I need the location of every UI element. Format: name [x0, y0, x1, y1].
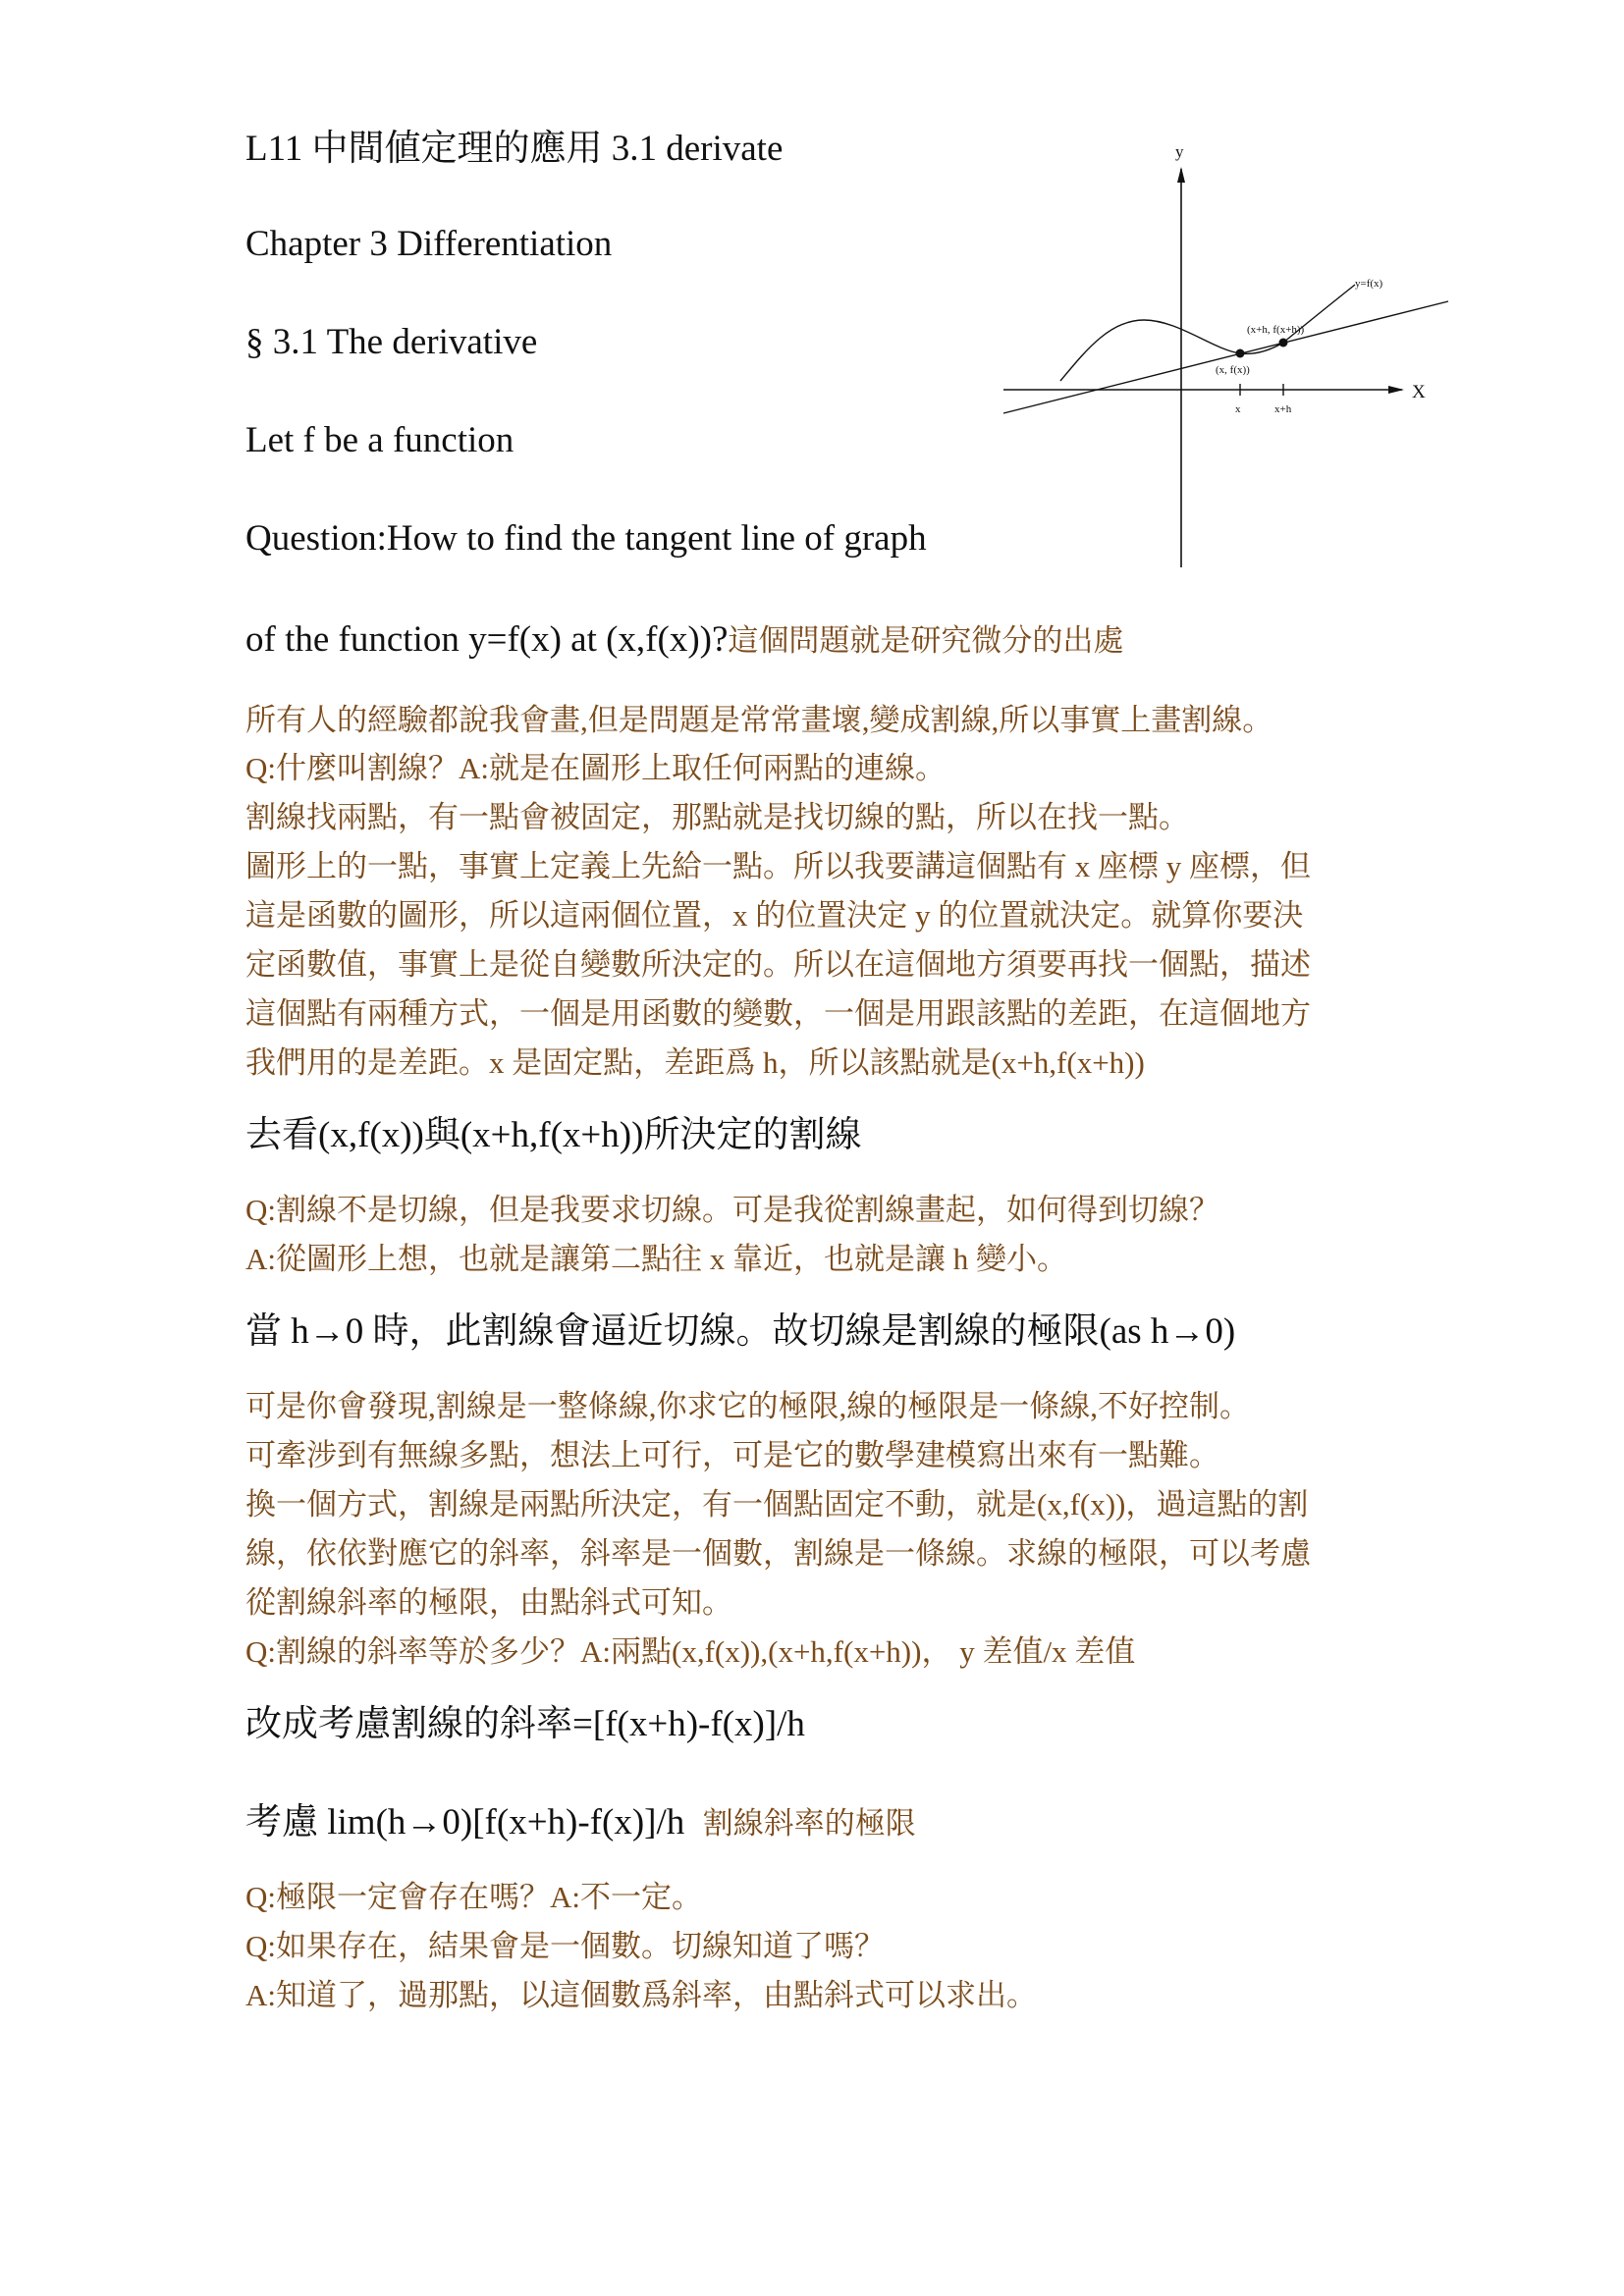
intro-let: Let f be a function	[245, 419, 514, 461]
section-heading: § 3.1 The derivative	[245, 321, 537, 363]
tick-x-label: x	[1235, 403, 1241, 415]
question-line-2: of the function y=f(x) at (x,f(x))?這個問題就…	[245, 615, 1123, 661]
note-line: 這個點有兩種方式，一個是用函數的變數，一個是用跟該點的差距，在這個地方	[245, 988, 1311, 1033]
x-axis-arrow-icon	[1388, 386, 1404, 394]
question-line-2-zh: 這個問題就是研究微分的出處	[728, 623, 1123, 658]
note-line: 這是函數的圖形，所以這兩個位置，x 的位置決定 y 的位置就決定。就算你要決	[245, 890, 1303, 934]
tick-x-plus-h-label: x+h	[1274, 403, 1292, 415]
statement-derivative: 考慮 lim(h→0)[f(x+h)-f(x)]/h 割線斜率的極限	[245, 1791, 916, 1844]
note-line: Q:割線不是切線，但是我要求切線。可是我從割線畫起，如何得到切線？	[245, 1185, 1219, 1229]
x-axis-label: X	[1412, 382, 1426, 402]
note-line: A:從圖形上想，也就是讓第二點往 x 靠近，也就是讓 h 變小。	[245, 1234, 1067, 1278]
point-xh-fxh	[1279, 339, 1288, 347]
note-line: Q:極限一定會存在嗎？A:不一定。	[245, 1872, 702, 1916]
document-title: L11 中間値定理的應用 3.1 derivate	[245, 118, 783, 171]
note-line: 割線找兩點，有一點會被固定，那點就是找切線的點，所以在找一點。	[245, 792, 1189, 836]
secant-line	[1003, 301, 1448, 413]
function-curve	[1060, 285, 1355, 381]
y-axis-arrow-icon	[1177, 167, 1185, 183]
note-line: Q:割線的斜率等於多少？A:兩點(x,f(x)),(x+h,f(x+h))， y…	[245, 1627, 1135, 1671]
chapter-heading: Chapter 3 Differentiation	[245, 223, 612, 265]
note-line: 可牽涉到有無線多點，想法上可行，可是它的數學建模寫出來有一點難。	[245, 1430, 1219, 1474]
y-axis-label: y	[1175, 142, 1184, 161]
note-line: 定函數值，事實上是從自變數所決定的。所以在這個地方須要再找一個點，描述	[245, 939, 1311, 984]
note-line: Q:什麼叫割線？A:就是在圖形上取任何兩點的連線。	[245, 743, 946, 787]
derivative-note: 割線斜率的極限	[703, 1806, 916, 1841]
secant-line-diagram: y X x x+h y=f(x) (x, f(x)) (x+h, f(x+h))	[982, 128, 1473, 579]
statement-limit: 當 h→0 時，此割線會逼近切線。故切線是割線的極限(as h→0)	[245, 1301, 1235, 1354]
note-line: 所有人的經驗都說我會畫,但是問題是常常畫壞,變成割線,所以事實上畫割線。	[245, 695, 1272, 739]
curve-label: y=f(x)	[1355, 278, 1383, 290]
note-line: 從割線斜率的極限，由點斜式可知。	[245, 1577, 732, 1622]
note-line: 圖形上的一點，事實上定義上先給一點。所以我要講這個點有 x 座標 y 座標，但	[245, 841, 1311, 885]
note-line: 我們用的是差距。x 是固定點，差距爲 h，所以該點就是(x+h,f(x+h))	[245, 1038, 1145, 1082]
statement-secant: 去看(x,f(x))與(x+h,f(x+h))所決定的割線	[245, 1104, 861, 1157]
note-line: 可是你會發現,割線是一整條線,你求它的極限,線的極限是一條線,不好控制。	[245, 1381, 1250, 1425]
question-line-1: Question:How to find the tangent line of…	[245, 517, 927, 560]
note-line: Q:如果存在，結果會是一個數。切線知道了嗎？	[245, 1921, 885, 1965]
point-xh-fxh-label: (x+h, f(x+h))	[1247, 324, 1305, 336]
statement-slope: 改成考慮割線的斜率=[f(x+h)-f(x)]/h	[245, 1693, 805, 1746]
note-line: A:知道了，過那點，以這個數爲斜率，由點斜式可以求出。	[245, 1970, 1037, 2014]
derivative-formula: 考慮 lim(h→0)[f(x+h)-f(x)]/h	[245, 1802, 684, 1842]
note-line: 換一個方式，割線是兩點所決定，有一個點固定不動，就是(x,f(x))，過這點的割	[245, 1479, 1308, 1523]
note-line: 線，依依對應它的斜率，斜率是一個數，割線是一條線。求線的極限，可以考慮	[245, 1528, 1311, 1573]
question-line-2-en: of the function y=f(x) at (x,f(x))?	[245, 619, 728, 660]
point-x-fx	[1236, 349, 1245, 358]
point-x-fx-label: (x, f(x))	[1216, 364, 1250, 376]
